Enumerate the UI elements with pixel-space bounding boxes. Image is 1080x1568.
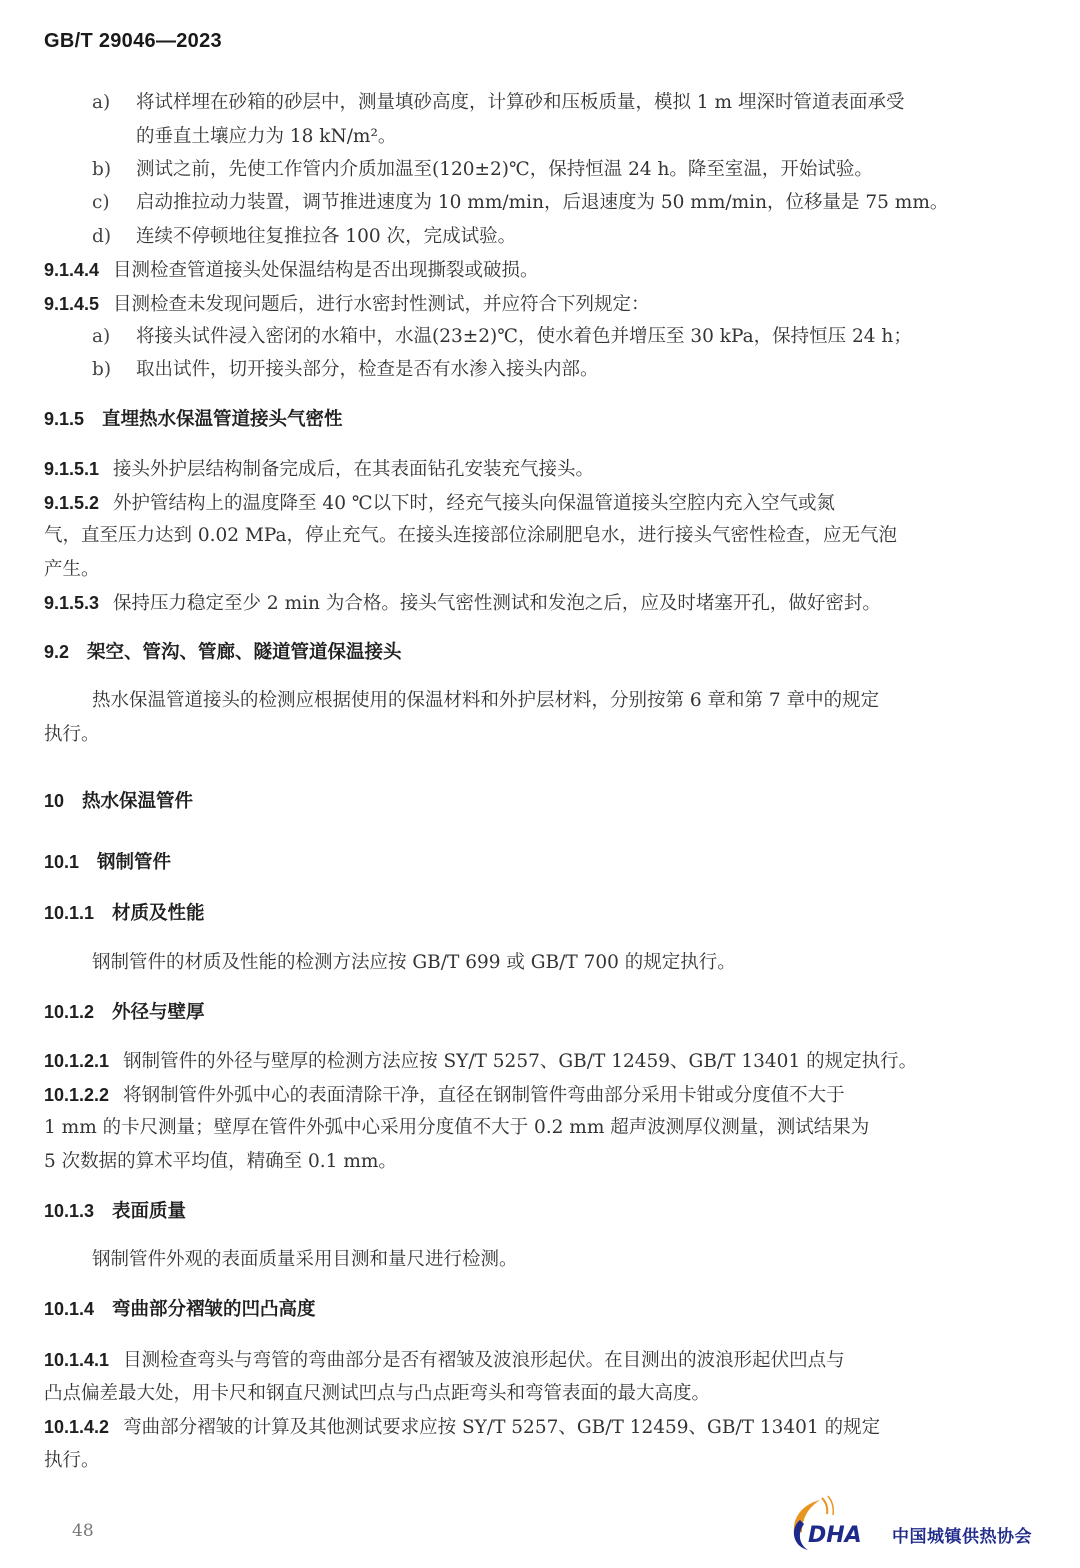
body-text: 将试样埋在砂箱的砂层中，测量填砂高度，计算砂和压板质量，模拟 1 m 埋深时管道… (136, 92, 904, 113)
clause-number: 9.1.5.2 (44, 493, 99, 513)
clause-number: 10.1 (44, 852, 79, 872)
body-text: 执行。 (44, 1450, 100, 1471)
section-heading: 10.1.1材质及性能 (44, 901, 205, 926)
text-line: c)启动推拉动力装置，调节推进速度为 10 mm/min，后退速度为 50 mm… (92, 191, 948, 215)
text-line: d)连续不停顿地往复推拉各 100 次，完成试验。 (92, 225, 516, 249)
body-text: 气，直至压力达到 0.02 MPa，停止充气。在接头连接部位涂刷肥皂水，进行接头… (44, 525, 897, 546)
text-line: 凸点偏差最大处，用卡尺和钢直尺测试凹点与凸点距弯头和弯管表面的最大高度。 (44, 1382, 710, 1406)
body-text: 保持压力稳定至少 2 min 为合格。接头气密性测试和发泡之后，应及时堵塞开孔，… (113, 593, 881, 614)
section-heading: 9.2架空、管沟、管廊、隧道管道保温接头 (44, 640, 402, 665)
section-heading: 10热水保温管件 (44, 789, 193, 814)
section-heading: 10.1.2外径与壁厚 (44, 1000, 205, 1025)
clause-number: 10.1.2 (44, 1002, 94, 1022)
text-line: b)测试之前，先使工作管内介质加温至(120±2)℃，保持恒温 24 h。降至室… (92, 158, 873, 182)
body-text: 测试之前，先使工作管内介质加温至(120±2)℃，保持恒温 24 h。降至室温，… (136, 159, 873, 180)
text-line: 的垂直土壤应力为 18 kN/m²。 (136, 125, 396, 149)
text-line: 9.1.5.3保持压力稳定至少 2 min 为合格。接头气密性测试和发泡之后，应… (44, 591, 881, 616)
text-line: 产生。 (44, 558, 100, 582)
text-line: b)取出试件，切开接头部分，检查是否有水渗入接头内部。 (92, 358, 599, 382)
list-item-label: b) (92, 158, 136, 182)
body-text: 目测检查弯头与弯管的弯曲部分是否有褶皱及波浪形起伏。在目测出的波浪形起伏凹点与 (123, 1350, 845, 1371)
clause-number: 10.1.2.1 (44, 1051, 109, 1071)
heading-text: 表面质量 (112, 1201, 186, 1222)
text-line: a)将试样埋在砂箱的砂层中，测量填砂高度，计算砂和压板质量，模拟 1 m 埋深时… (92, 91, 904, 115)
section-heading: 10.1钢制管件 (44, 850, 171, 875)
cdha-logo-icon: DHA (786, 1494, 896, 1554)
list-item-label: c) (92, 191, 136, 215)
body-text: 连续不停顿地往复推拉各 100 次，完成试验。 (136, 226, 516, 247)
svg-text:DHA: DHA (808, 1523, 862, 1548)
body-text: 将接头试件浸入密闭的水箱中，水温(23±2)℃，使水着色并增压至 30 kPa，… (136, 326, 912, 347)
heading-text: 钢制管件 (97, 852, 171, 873)
list-item-label: b) (92, 358, 136, 382)
clause-number: 9.1.4.4 (44, 260, 99, 280)
body-text: 1 mm 的卡尺测量；壁厚在管件外弧中心采用分度值不大于 0.2 mm 超声波测… (44, 1117, 869, 1138)
text-line: 5 次数据的算术平均值，精确至 0.1 mm。 (44, 1150, 397, 1174)
text-line: 热水保温管道接头的检测应根据使用的保温材料和外护层材料，分别按第 6 章和第 7… (92, 689, 879, 713)
text-line: 钢制管件外观的表面质量采用目测和量尺进行检测。 (92, 1248, 518, 1272)
text-line: 10.1.2.2将钢制管件外弧中心的表面清除干净，直径在钢制管件弯曲部分采用卡钳… (44, 1083, 845, 1108)
body-text: 热水保温管道接头的检测应根据使用的保温材料和外护层材料，分别按第 6 章和第 7… (92, 690, 879, 711)
body-text: 凸点偏差最大处，用卡尺和钢直尺测试凹点与凸点距弯头和弯管表面的最大高度。 (44, 1383, 710, 1404)
text-line: 10.1.4.2弯曲部分褶皱的计算及其他测试要求应按 SY/T 5257、GB/… (44, 1415, 880, 1440)
body-text: 钢制管件的材质及性能的检测方法应按 GB/T 699 或 GB/T 700 的规… (92, 952, 736, 973)
page-number: 48 (72, 1521, 94, 1541)
list-item-label: a) (92, 325, 136, 349)
heading-text: 材质及性能 (112, 903, 205, 924)
body-text: 取出试件，切开接头部分，检查是否有水渗入接头内部。 (136, 359, 599, 380)
body-text: 将钢制管件外弧中心的表面清除干净，直径在钢制管件弯曲部分采用卡钳或分度值不大于 (123, 1085, 845, 1106)
section-heading: 9.1.5直埋热水保温管道接头气密性 (44, 407, 343, 432)
clause-number: 10.1.4.1 (44, 1350, 109, 1370)
clause-number: 10.1.4.2 (44, 1417, 109, 1437)
cdha-logo: DHA 中国城镇供热协会 (786, 1494, 1056, 1554)
clause-number: 9.1.5.1 (44, 459, 99, 479)
text-line: 9.1.4.4目测检查管道接头处保温结构是否出现撕裂或破损。 (44, 258, 539, 283)
heading-text: 外径与壁厚 (112, 1002, 205, 1023)
heading-text: 直埋热水保温管道接头气密性 (102, 409, 343, 430)
body-text: 执行。 (44, 724, 100, 745)
association-name: 中国城镇供热协会 (892, 1522, 1032, 1547)
text-line: 9.1.4.5目测检查未发现问题后，进行水密封性测试，并应符合下列规定： (44, 292, 650, 317)
list-item-label: d) (92, 225, 136, 249)
text-line: 钢制管件的材质及性能的检测方法应按 GB/T 699 或 GB/T 700 的规… (92, 951, 736, 975)
clause-number: 10.1.3 (44, 1201, 94, 1221)
body-text: 弯曲部分褶皱的计算及其他测试要求应按 SY/T 5257、GB/T 12459、… (123, 1417, 880, 1438)
text-line: 9.1.5.2外护管结构上的温度降至 40 ℃以下时，经充气接头向保温管道接头空… (44, 491, 835, 516)
clause-number: 10 (44, 791, 64, 811)
clause-number: 9.2 (44, 642, 69, 662)
text-line: 10.1.2.1钢制管件的外径与壁厚的检测方法应按 SY/T 5257、GB/T… (44, 1049, 917, 1074)
text-line: 执行。 (44, 723, 100, 747)
text-line: a)将接头试件浸入密闭的水箱中，水温(23±2)℃，使水着色并增压至 30 kP… (92, 325, 912, 349)
section-heading: 10.1.4弯曲部分褶皱的凹凸高度 (44, 1297, 316, 1322)
body-text: 外护管结构上的温度降至 40 ℃以下时，经充气接头向保温管道接头空腔内充入空气或… (113, 493, 835, 514)
text-line: 10.1.4.1目测检查弯头与弯管的弯曲部分是否有褶皱及波浪形起伏。在目测出的波… (44, 1348, 845, 1373)
clause-number: 9.1.4.5 (44, 294, 99, 314)
body-text: 目测检查未发现问题后，进行水密封性测试，并应符合下列规定： (113, 294, 650, 315)
body-text: 的垂直土壤应力为 18 kN/m²。 (136, 126, 396, 147)
text-line: 气，直至压力达到 0.02 MPa，停止充气。在接头连接部位涂刷肥皂水，进行接头… (44, 524, 897, 548)
heading-text: 架空、管沟、管廊、隧道管道保温接头 (87, 642, 402, 663)
text-line: 执行。 (44, 1449, 100, 1473)
body-text: 5 次数据的算术平均值，精确至 0.1 mm。 (44, 1151, 397, 1172)
heading-text: 弯曲部分褶皱的凹凸高度 (112, 1299, 316, 1320)
clause-number: 9.1.5.3 (44, 593, 99, 613)
body-text: 产生。 (44, 559, 100, 580)
clause-number: 10.1.1 (44, 903, 94, 923)
body-text: 接头外护层结构制备完成后，在其表面钻孔安装充气接头。 (113, 459, 594, 480)
clause-number: 10.1.4 (44, 1299, 94, 1319)
text-line: 1 mm 的卡尺测量；壁厚在管件外弧中心采用分度值不大于 0.2 mm 超声波测… (44, 1116, 869, 1140)
heading-text: 热水保温管件 (82, 791, 193, 812)
clause-number: 9.1.5 (44, 409, 84, 429)
section-heading: 10.1.3表面质量 (44, 1199, 186, 1224)
body-text: 目测检查管道接头处保温结构是否出现撕裂或破损。 (113, 260, 539, 281)
clause-number: 10.1.2.2 (44, 1085, 109, 1105)
body-text: 钢制管件外观的表面质量采用目测和量尺进行检测。 (92, 1249, 518, 1270)
text-line: 9.1.5.1接头外护层结构制备完成后，在其表面钻孔安装充气接头。 (44, 457, 594, 482)
body-text: 启动推拉动力装置，调节推进速度为 10 mm/min，后退速度为 50 mm/m… (136, 192, 948, 213)
body-text: 钢制管件的外径与壁厚的检测方法应按 SY/T 5257、GB/T 12459、G… (123, 1051, 917, 1072)
list-item-label: a) (92, 91, 136, 115)
standard-code-header: GB/T 29046—2023 (44, 30, 222, 53)
